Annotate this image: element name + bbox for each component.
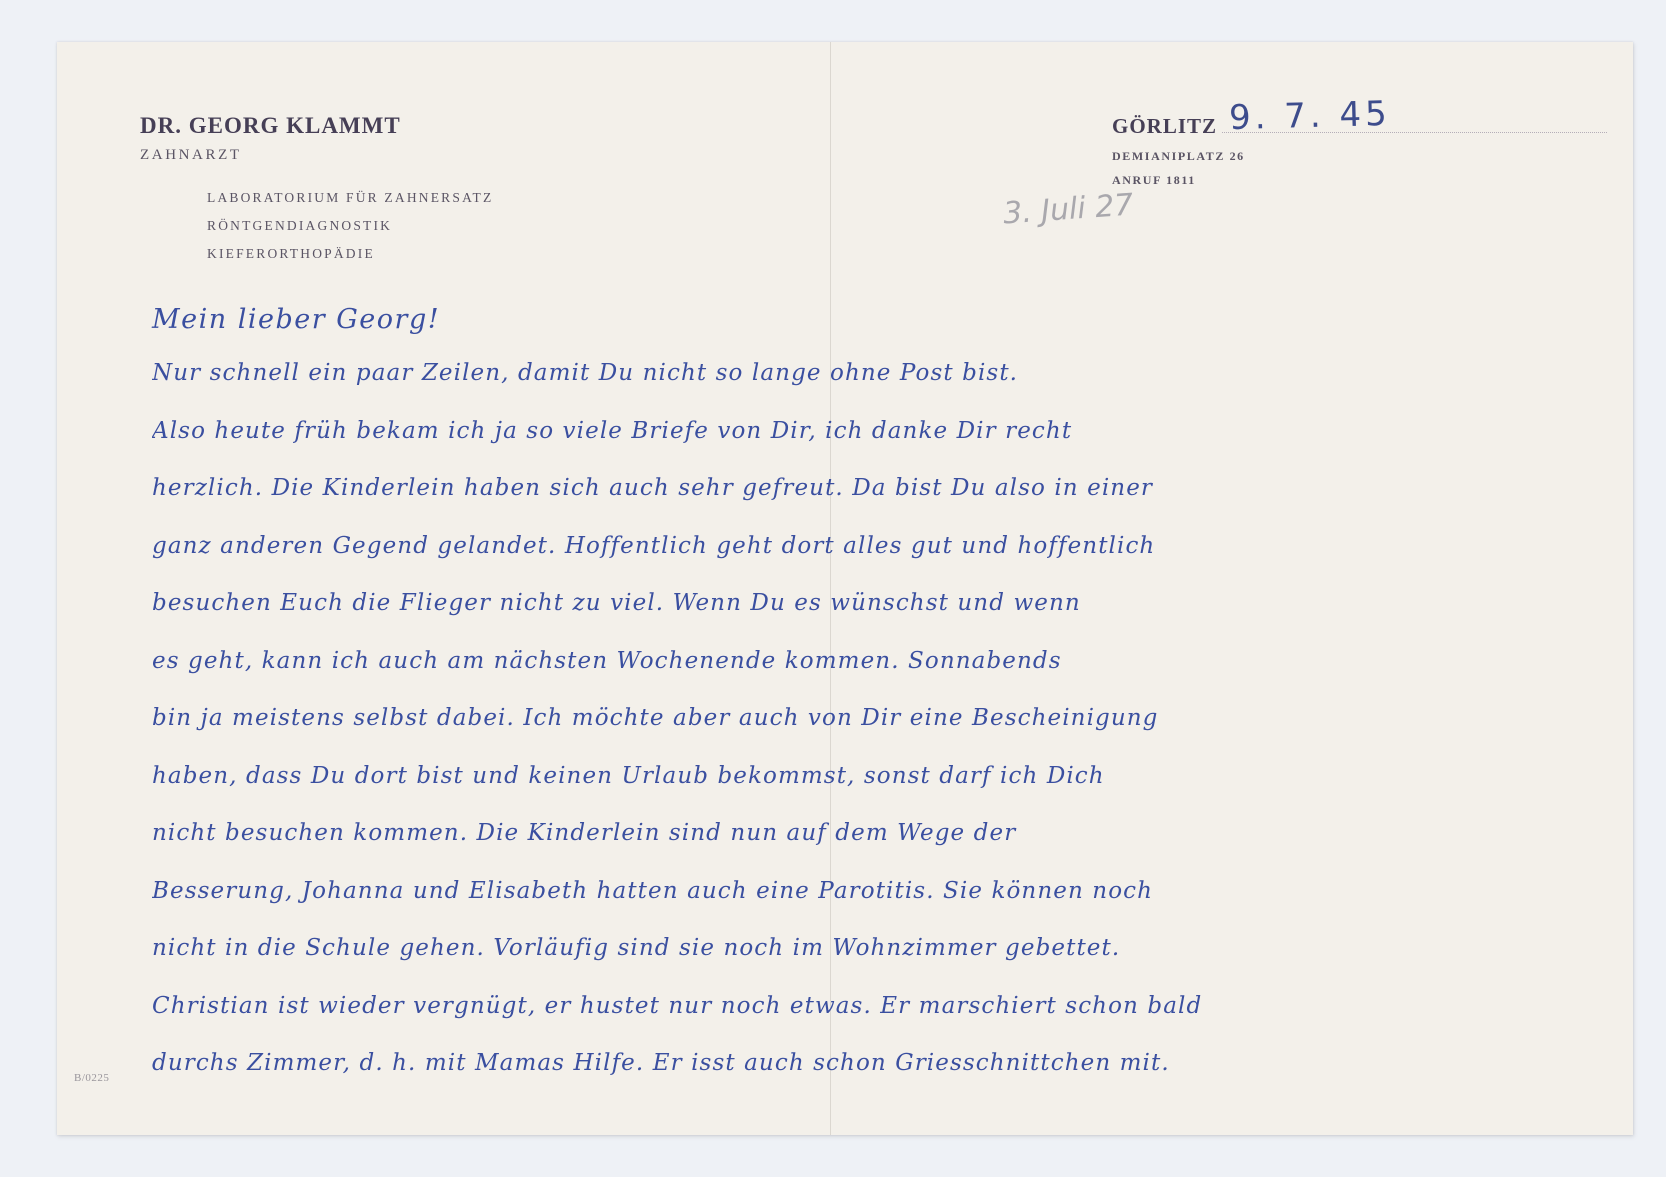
- letter-line: nicht in die Schule gehen. Vorläufig sin…: [152, 920, 1572, 978]
- letterhead-services: LABORATORIUM FÜR ZAHNERSATZ RÖNTGENDIAGN…: [207, 184, 493, 268]
- letter-line: ganz anderen Gegend gelandet. Hoffentlic…: [152, 518, 1572, 576]
- letter-line: Besserung, Johanna und Elisabeth hatten …: [152, 863, 1572, 921]
- letter-body: Mein lieber Georg! Nur schnell ein paar …: [152, 295, 1572, 1093]
- service-item: LABORATORIUM FÜR ZAHNERSATZ: [207, 184, 493, 212]
- handwritten-date: 9. 7. 45: [1229, 94, 1392, 138]
- letterhead-name: DR. GEORG KLAMMT: [140, 113, 401, 139]
- pencil-annotation: 3. Juli 27: [1002, 187, 1135, 231]
- letter-salutation: Mein lieber Georg!: [152, 295, 1572, 345]
- letter-line: Christian ist wieder vergnügt, er hustet…: [152, 978, 1572, 1036]
- letterhead-profession: ZAHNARZT: [140, 147, 242, 164]
- service-item: KIEFERORTHOPÄDIE: [207, 240, 493, 268]
- letter-line: herzlich. Die Kinderlein haben sich auch…: [152, 460, 1572, 518]
- letter-line: nicht besuchen kommen. Die Kinderlein si…: [152, 805, 1572, 863]
- letter-line: bin ja meistens selbst dabei. Ich möchte…: [152, 690, 1572, 748]
- letter-sheet: DR. GEORG KLAMMT ZAHNARZT LABORATORIUM F…: [57, 42, 1633, 1135]
- letter-line: haben, dass Du dort bist und keinen Urla…: [152, 748, 1572, 806]
- letter-line: es geht, kann ich auch am nächsten Woche…: [152, 633, 1572, 691]
- letter-line: besuchen Euch die Flieger nicht zu viel.…: [152, 575, 1572, 633]
- letter-line: Also heute früh bekam ich ja so viele Br…: [152, 403, 1572, 461]
- letter-line: durchs Zimmer, d. h. mit Mamas Hilfe. Er…: [152, 1035, 1572, 1093]
- letterhead-address: DEMIANIPLATZ 26: [1112, 144, 1245, 168]
- letterhead-address-block: DEMIANIPLATZ 26 ANRUF 1811: [1112, 144, 1245, 192]
- letter-line: Nur schnell ein paar Zeilen, damit Du ni…: [152, 345, 1572, 403]
- archive-reference: B/0225: [74, 1072, 109, 1084]
- service-item: RÖNTGENDIAGNOSTIK: [207, 212, 493, 240]
- letterhead-city: GÖRLITZ: [1112, 114, 1217, 139]
